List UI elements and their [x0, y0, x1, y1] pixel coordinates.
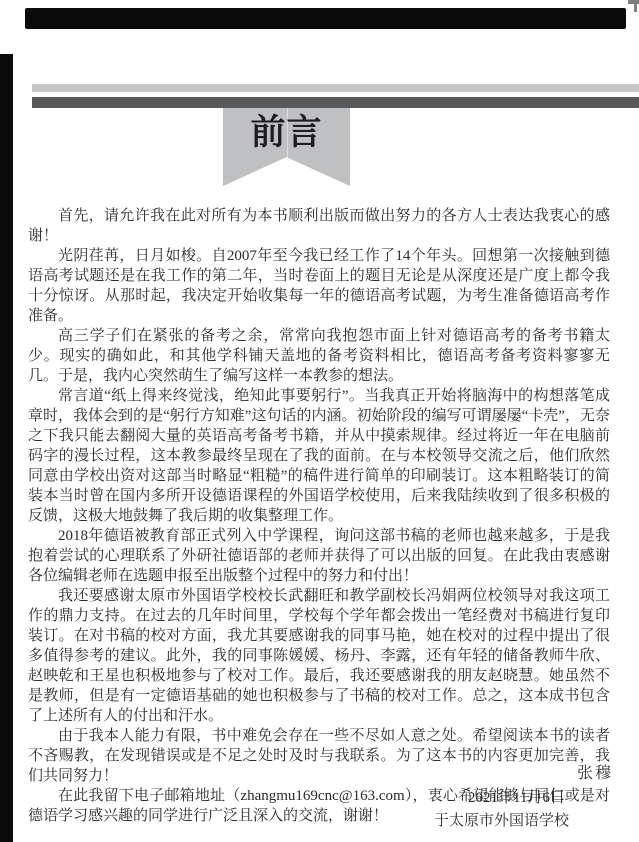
signature-place: 于太原市外国语学校: [434, 809, 569, 830]
signature-name: 张穆: [577, 760, 613, 783]
signature-date: 2021年11月6日: [468, 786, 565, 807]
paragraph-thanks: 首先，请允许我在此对所有为本书顺利出版而做出努力的各方人士表达我衷心的感谢！: [28, 206, 610, 246]
header-rule-dark: [32, 97, 639, 108]
corner-crop-mark-icon: [634, 0, 637, 12]
page-title: 前言: [223, 112, 350, 154]
paragraph-publication: 2018年德语被教育部正式列入中学课程，询问这部书稿的老师也越来越多，于是我抱着…: [28, 526, 610, 586]
paragraph-writing: 常言道“纸上得来终觉浅，绝知此事要躬行”。当我真正开始将脑海中的构想落笔成章时，…: [28, 386, 610, 526]
contact-text-before: 在此我留下电子邮箱地址（: [58, 788, 240, 804]
preface-page: 前言 首先，请允许我在此对所有为本书顺利出版而做出努力的各方人士表达我衷心的感谢…: [0, 0, 639, 842]
scan-artifact-left-bar: [0, 54, 13, 842]
scan-artifact-top-bar: [25, 8, 626, 29]
paragraph-acknowledgements: 我还要感谢太原市外国语学校校长武翻旺和教学副校长冯娟两位校领导对我这项工作的鼎力…: [28, 586, 610, 726]
paragraph-students: 高三学子们在紧张的备考之余，常常向我抱怨市面上针对德语高考的备考书籍太少。现实的…: [28, 326, 610, 386]
email-address: zhangmu169cnc@163.com: [240, 788, 404, 804]
paragraph-apology: 由于我本人能力有限，书中难免会存在一些不尽如人意之处。希望阅读本书的读者不吝赐教…: [28, 726, 610, 786]
header-rule-light: [32, 84, 639, 92]
preface-body: 首先，请允许我在此对所有为本书顺利出版而做出努力的各方人士表达我衷心的感谢！ 光…: [28, 206, 610, 826]
paragraph-career: 光阴荏苒，日月如梭。自2007年至今我已经工作了14个年头。回想第一次接触到德语…: [28, 246, 610, 326]
